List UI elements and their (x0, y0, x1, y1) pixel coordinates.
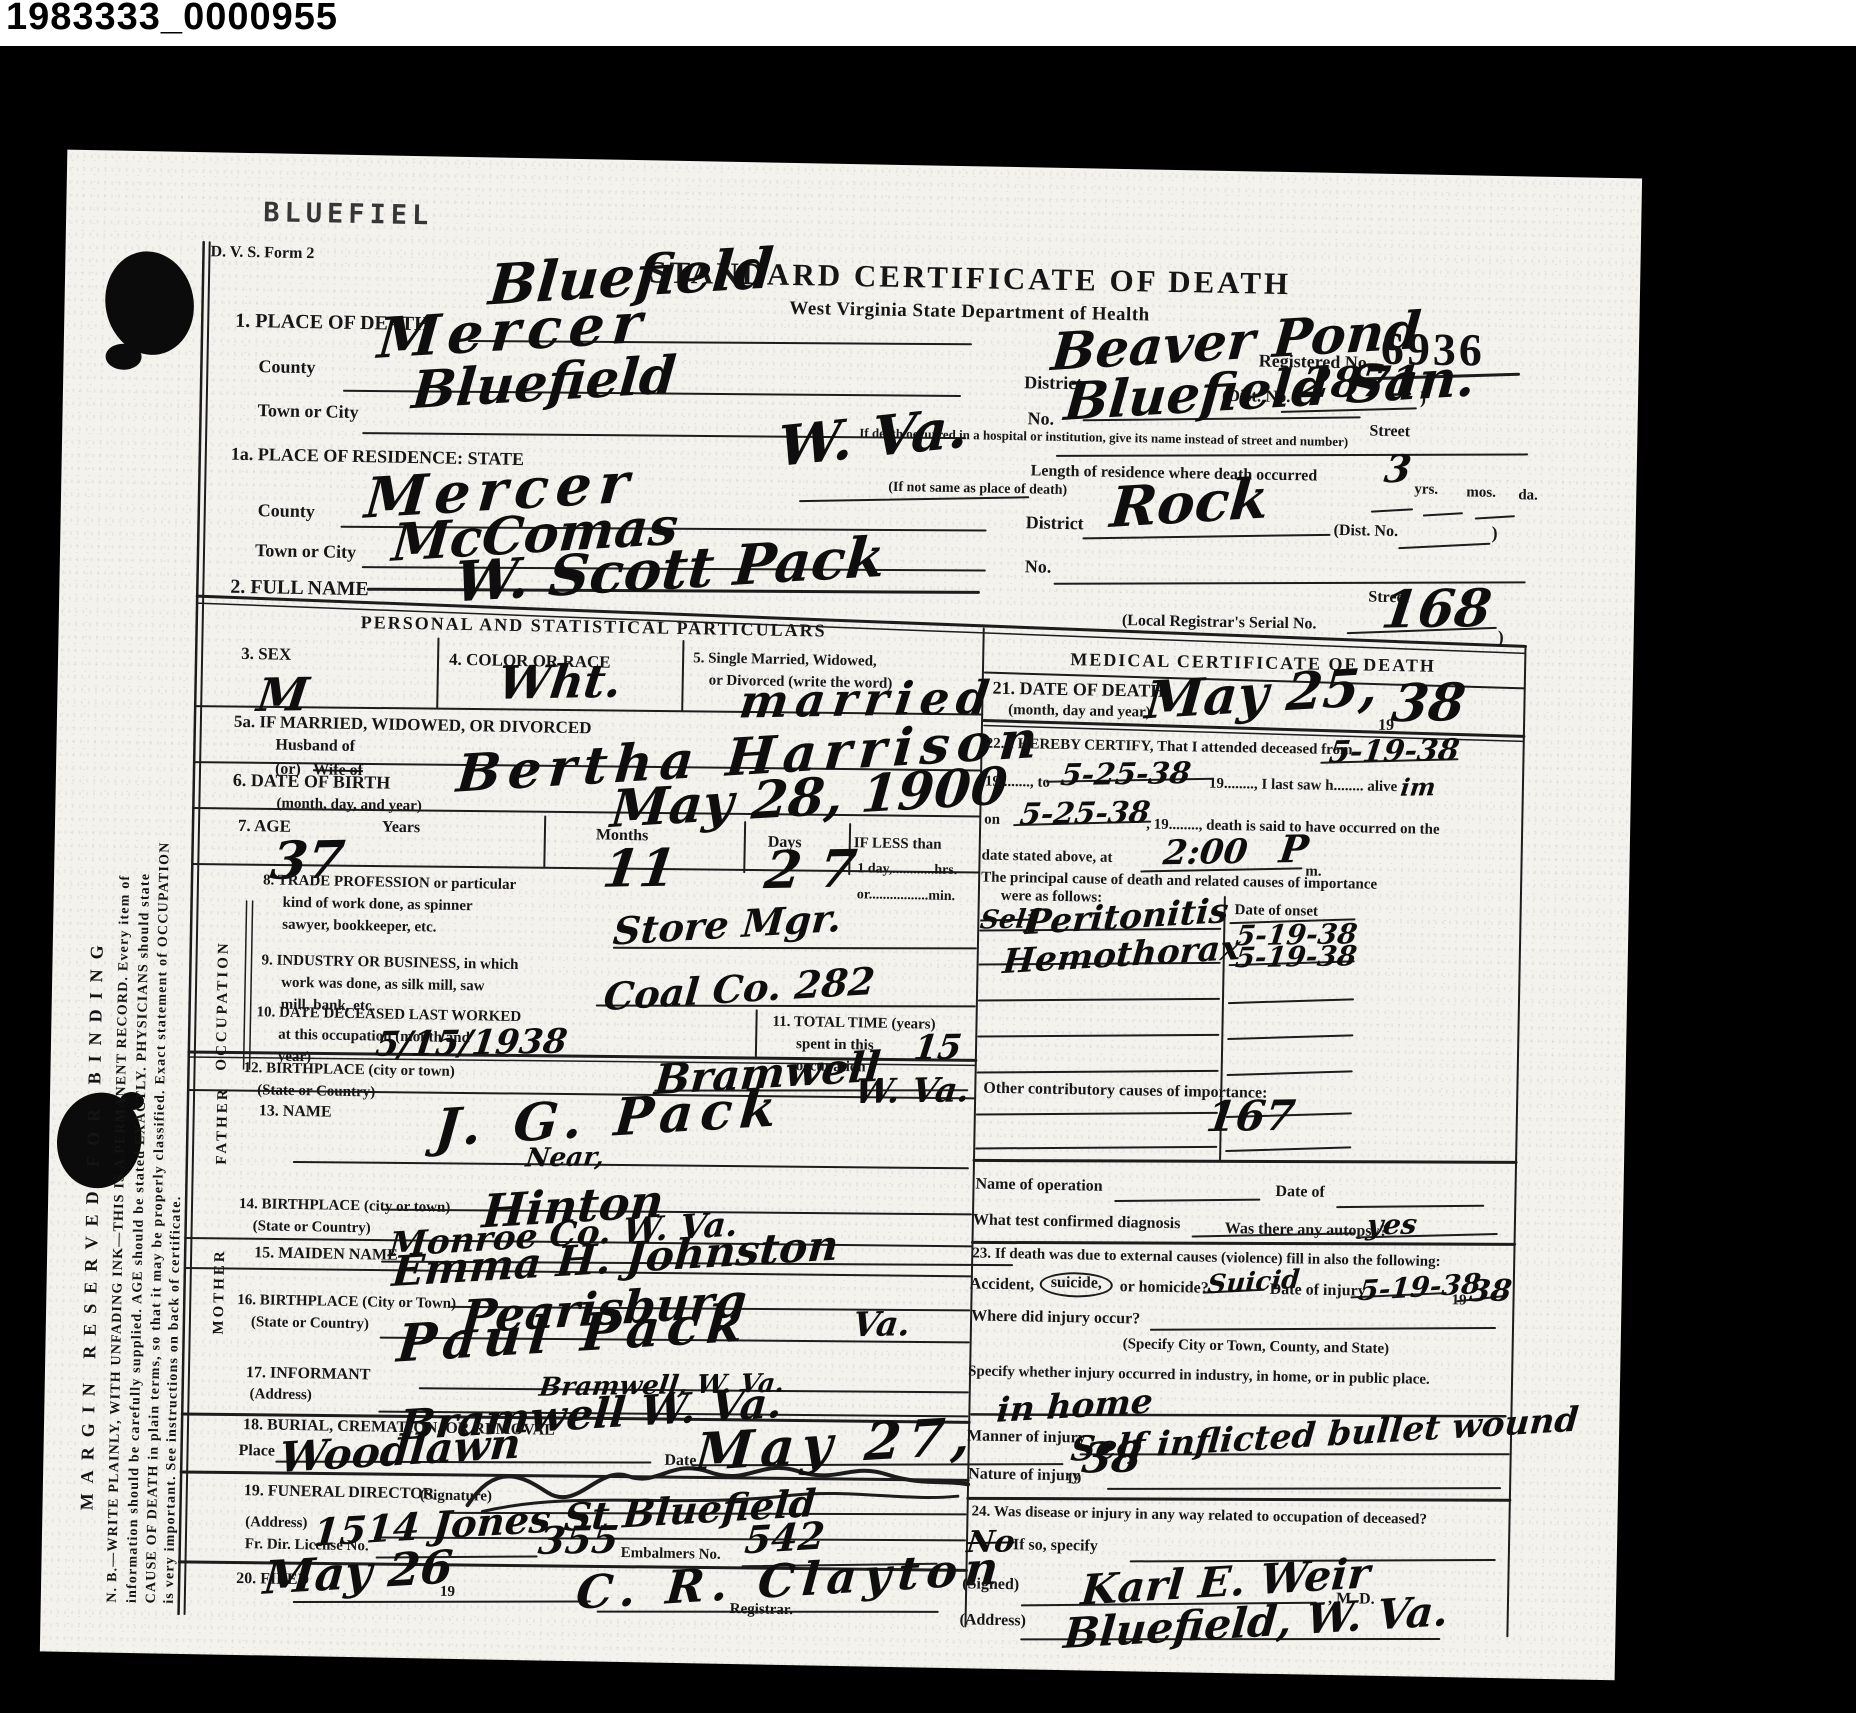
husband-label: Husband of (275, 738, 355, 756)
dateof-label: Date of (1275, 1184, 1325, 1202)
mother-vertical: MOTHER (211, 1248, 230, 1335)
scan-filename-strip: 1983333_0000955 (0, 0, 1856, 46)
no2-label: No. (1025, 557, 1052, 576)
ifless-3: or.................min. (857, 888, 956, 904)
manner-label: Manner of injury (967, 1428, 1086, 1447)
hw-length-yrs: 3 (1382, 446, 1414, 491)
totaltime-label-1: 11. TOTAL TIME (years) (772, 1015, 935, 1034)
industry-label-1: 9. INDUSTRY OR BUSINESS, in which (261, 953, 518, 973)
specify-city-label: (Specify City or Town, County, and State… (1122, 1337, 1389, 1357)
hw-lastworked: 5/15/1938 (373, 1022, 569, 1065)
date-label: Date (664, 1453, 696, 1470)
birthplace14-label: 14. BIRTHPLACE (city or town) (239, 1197, 451, 1216)
fd-address-label: (Address) (245, 1515, 308, 1532)
hw-attended-to: 5-25-38 (1059, 756, 1193, 793)
hw-license: 355 (536, 1517, 621, 1563)
sex-label: 3. SEX (241, 645, 291, 664)
hw-industry: Coal Co. 282 (602, 958, 877, 1019)
hw-serial: 168 (1378, 578, 1495, 641)
injury-19: 19 (1451, 1293, 1466, 1309)
certify-4: on (984, 813, 1000, 829)
scanned-document-viewer: 1983333_0000955 (0, 0, 1856, 1713)
filed-19: 19 (440, 1585, 455, 1601)
scan-filename: 1983333_0000955 (6, 0, 338, 39)
mos-label: mos. (1466, 485, 1496, 501)
hw-totaltime: 15 (911, 1027, 964, 1068)
hw-father-name: J. G. Pack (433, 1078, 786, 1159)
dod-sub: (month, day and year) (1008, 703, 1151, 721)
county1-label: County (258, 357, 315, 377)
place-label: Place (238, 1443, 275, 1460)
field24-label: 24. Was disease or injury in any way rel… (971, 1504, 1427, 1528)
birthplace14-sub: (State or Country) (253, 1219, 371, 1237)
serial-label: (Local Registrar's Serial No. (1122, 613, 1317, 633)
hw-near: Near, (524, 1142, 606, 1173)
field5a-label: 5a. IF MARRIED, WIDOWED, OR DIVORCED (234, 713, 592, 737)
hw-24: No (965, 1524, 1017, 1560)
fd-label: 19. FUNERAL DIRECTOR (244, 1483, 435, 1503)
where-label: Where did injury occur? (971, 1308, 1140, 1328)
father-vertical: FATHER (214, 1086, 232, 1165)
hw-state: W. Va. (777, 395, 969, 480)
ifless-2: 1 day,............hrs. (857, 862, 957, 878)
hw-trade: Store Mgr. (611, 895, 843, 953)
field23-label: 23. If death was due to external causes … (972, 1246, 1441, 1270)
birthplace16-sub: (State or Country) (251, 1315, 369, 1333)
hw-onset-2: 5-19-38 (1233, 939, 1358, 974)
maiden-label: 15. MAIDEN NAME (254, 1245, 398, 1264)
operation-label: Name of operation (975, 1176, 1102, 1195)
registrar-label: Registrar. (730, 1602, 793, 1619)
accident-label: Accident, (970, 1276, 1035, 1294)
dod-label: 21. DATE OF DEATH (992, 679, 1164, 701)
form-number: D. V. S. Form 2 (210, 244, 314, 263)
towncity2-label: Town or City (255, 541, 356, 562)
serial-close: ) (1498, 628, 1504, 647)
hw-filed-date: May 26 (261, 1540, 455, 1605)
towncity1-label: Town or City (257, 401, 358, 422)
dob-label: 6. DATE OF BIRTH (233, 771, 391, 793)
hw-injury-place: in home (995, 1382, 1154, 1431)
name13-label: 13. NAME (259, 1103, 332, 1121)
dob-sublabel: (month, day, and year) (276, 797, 422, 815)
certificate-form: BLUEFIELD. V. S. Form 2STANDARD CERTIFIC… (145, 152, 1642, 1681)
distno2-close: ) (1491, 524, 1497, 543)
hw-age-months: 11 (599, 838, 679, 900)
hw-mother-state: Va. (850, 1304, 912, 1345)
ifnotsame-note: (If not same as place of death) (888, 481, 1067, 499)
certify-3: 19........, I last saw h........ alive (1209, 777, 1398, 796)
certificate-page: BLUEFIELD. V. S. Form 2STANDARD CERTIFIC… (40, 150, 1642, 1681)
no1-label: No. (1027, 409, 1054, 428)
county2-label: County (258, 501, 315, 521)
ifless-label: IF LESS than (854, 836, 942, 853)
specify-whether-label: Specify whether injury occurred in indus… (968, 1364, 1430, 1388)
da-label: da. (1518, 488, 1538, 504)
hw-lastsaw: 5-25-38 (1018, 795, 1152, 832)
test-label: What test confirmed diagnosis (973, 1212, 1181, 1232)
years-label: Years (382, 820, 421, 837)
homicide-label: or homicide? (1120, 1279, 1209, 1297)
signed-label: (Signed) (962, 1576, 1019, 1594)
informant-sub: (Address) (249, 1387, 312, 1404)
birthplace12-sub: (State or Country) (257, 1083, 375, 1101)
hw-age-days: 2 7 (761, 839, 859, 901)
fullname-label: 2. FULL NAME (230, 577, 369, 600)
hw-autopsy: yes (1365, 1208, 1419, 1242)
hw-attended-from: 5-19-38 (1327, 733, 1461, 770)
street1-label: Street (1369, 424, 1410, 441)
personal-header: PERSONAL AND STATISTICAL PARTICULARS (284, 612, 904, 642)
yrs-label: yrs. (1414, 482, 1438, 498)
hw-dod-year: 38 (1389, 672, 1469, 734)
occupation-vertical: OCCUPATION (214, 940, 233, 1071)
hw-him: im (1399, 772, 1437, 801)
hw-race: Wht. (495, 654, 625, 710)
district2-label: District (1026, 513, 1084, 533)
address24-label: (Address) (959, 1612, 1026, 1630)
injurydate-label: Date of injury (1270, 1282, 1366, 1300)
hw-dod: May 25, (1143, 657, 1380, 732)
hw-birthplace12-state: W. Va. (853, 1070, 972, 1112)
margin-line-binding: MARGIN RESERVED FOR BINDING (76, 935, 108, 1510)
trade-label-3: sawyer, bookkeeper, etc. (282, 918, 437, 936)
trade-label-2: kind of work done, as spinner (282, 896, 472, 915)
hw-district2: Rock (1108, 466, 1272, 541)
autopsy-label: Was there any autopsy? (1225, 1221, 1388, 1241)
hw-injury-year: 38 (1467, 1274, 1513, 1310)
informant-label: 17. INFORMANT (246, 1365, 371, 1384)
hw-death-time: 2:00 (1161, 832, 1250, 873)
nature-label: Nature of injury (968, 1466, 1080, 1485)
certify-6: date stated above, at (981, 849, 1112, 867)
marital-label-1: 5. Single Married, Widowed, (693, 651, 877, 670)
distno2-open: (Dist. No. (1333, 523, 1398, 541)
stamp-bluefield: BLUEFIEL (263, 197, 434, 231)
hw-contributory: 167 (1204, 1091, 1298, 1141)
suicide-label: suicide, (1040, 1272, 1114, 1298)
birthplace16-label: 16. BIRTHPLACE (City or Town) (237, 1293, 456, 1313)
certify-2: 19........, to (985, 775, 1050, 792)
ifso-label: If so, specify (1013, 1537, 1098, 1555)
industry-label-2: work was done, as silk mill, saw (281, 976, 485, 995)
birthplace12-label: 12. BIRTHPLACE (city or town) (243, 1061, 455, 1080)
